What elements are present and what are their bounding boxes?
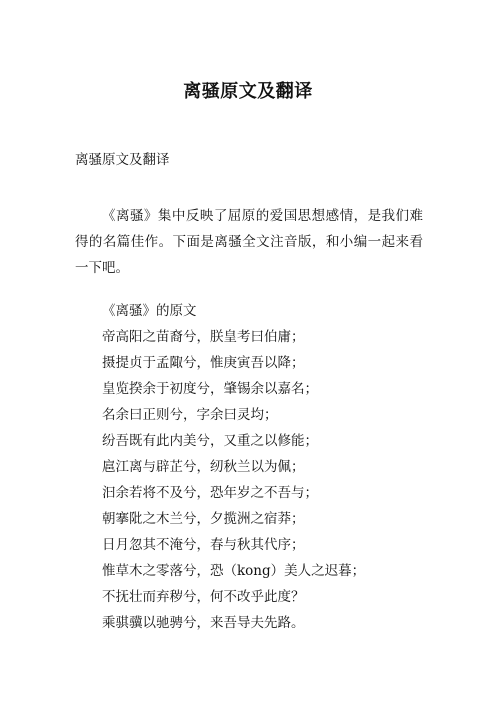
document-title: 离骚原文及翻译 xyxy=(0,80,496,104)
poem-heading: 《离骚》的原文 xyxy=(102,298,462,324)
poem-line: 惟草木之零落兮，恐（kong）美人之迟暮； xyxy=(102,558,462,584)
poem-line: 摄提贞于孟陬兮，惟庚寅吾以降； xyxy=(102,350,462,376)
poem-line: 朝搴阰之木兰兮，夕揽洲之宿莽； xyxy=(102,506,462,532)
document-subtitle: 离骚原文及翻译 xyxy=(75,150,170,170)
document-page: 离骚原文及翻译 离骚原文及翻译 《离骚》集中反映了屈原的爱国思想感情，是我们难得… xyxy=(0,0,496,702)
intro-paragraph: 《离骚》集中反映了屈原的爱国思想感情，是我们难得的名篇佳作。下面是离骚全文注音版… xyxy=(75,203,423,281)
poem-line: 乘骐骥以驰骋兮，来吾导夫先路。 xyxy=(102,610,462,636)
poem-line: 汩余若将不及兮，恐年岁之不吾与； xyxy=(102,480,462,506)
poem-line: 不抚壮而弃秽兮，何不改乎此度？ xyxy=(102,584,462,610)
poem-line: 扈江离与辟芷兮，纫秋兰以为佩； xyxy=(102,454,462,480)
poem-line: 日月忽其不淹兮，春与秋其代序； xyxy=(102,532,462,558)
poem-line: 名余曰正则兮，字余曰灵均； xyxy=(102,402,462,428)
poem-section: 《离骚》的原文 帝高阳之苗裔兮，朕皇考曰伯庸； 摄提贞于孟陬兮，惟庚寅吾以降； … xyxy=(102,298,462,636)
poem-line: 纷吾既有此内美兮，又重之以修能； xyxy=(102,428,462,454)
poem-line: 帝高阳之苗裔兮，朕皇考曰伯庸； xyxy=(102,324,462,350)
poem-line: 皇览揆余于初度兮，肇锡余以嘉名； xyxy=(102,376,462,402)
